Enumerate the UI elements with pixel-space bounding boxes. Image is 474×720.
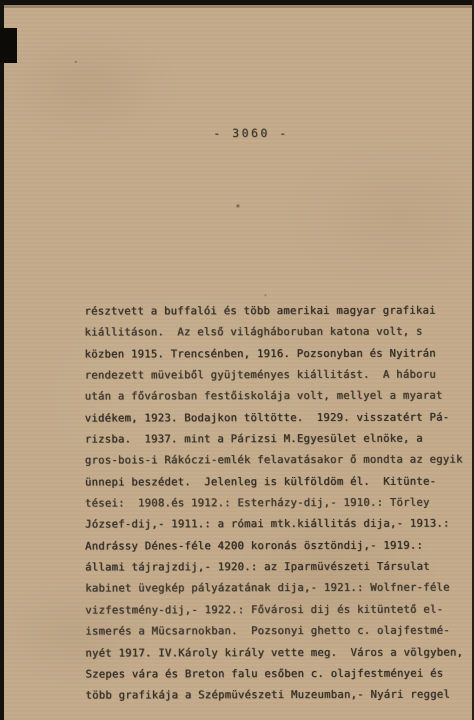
text-line: kabinet üvegkép pályázatának dija,- 1921…: [85, 578, 460, 600]
text-line: kiállitáson. Az első világháboruban kato…: [85, 322, 460, 344]
scan-edge-left: [0, 0, 4, 720]
scan-edge-left-notch: [0, 28, 17, 63]
text-line: tései: 1908.és 1912.: Esterházy-dij,- 19…: [85, 493, 460, 515]
text-line: állami tájrajzdij,- 1920.: az Iparmüvész…: [85, 557, 460, 579]
text-line: Andrássy Dénes-féle 4200 koronás ösztönd…: [85, 535, 460, 557]
text-line: ismerés a Mücsarnokban. Pozsonyi ghetto …: [85, 621, 460, 643]
text-line: ünnepi beszédet. Jelenleg is külföldöm é…: [85, 471, 460, 493]
text-line: közben 1915. Trencsénben, 1916. Pozsonyb…: [85, 343, 460, 365]
scan-edge-top: [0, 0, 474, 5]
scanned-page: - 3060 - résztvett a buffalói és több am…: [0, 0, 474, 720]
page-number: - 3060 -: [14, 126, 474, 140]
text-line: gros-bois-i Rákóczi-emlék felavatásakor …: [85, 450, 460, 472]
text-line: résztvett a buffalói és több amerikai ma…: [84, 301, 459, 323]
text-line: rendezett müveiből gyüjteményes kiállitá…: [85, 365, 460, 387]
text-line: József-dij,- 1911.: a római mtk.kiállitá…: [85, 514, 460, 536]
text-line: vizfestmény-dij,- 1922.: Fővárosi dij és…: [85, 599, 460, 621]
typewritten-text-block: résztvett a buffalói és több amerikai ma…: [84, 301, 460, 708]
text-line: után a fővárosban festőiskolája volt, me…: [85, 386, 460, 408]
text-line: rizsba. 1937. mint a Párizsi M.Egyesület…: [85, 429, 460, 451]
text-line: több grafikája a Szépmüvészeti Muzeumban…: [85, 685, 460, 707]
text-line: Szepes vára és Breton falu esőben c. ola…: [85, 663, 460, 685]
scan-edge-top-shadow: [0, 5, 474, 8]
text-line: vidékem, 1923. Bodajkon töltötte. 1929. …: [85, 407, 460, 429]
text-line: nyét 1917. IV.Károly király vette meg. V…: [85, 642, 460, 664]
